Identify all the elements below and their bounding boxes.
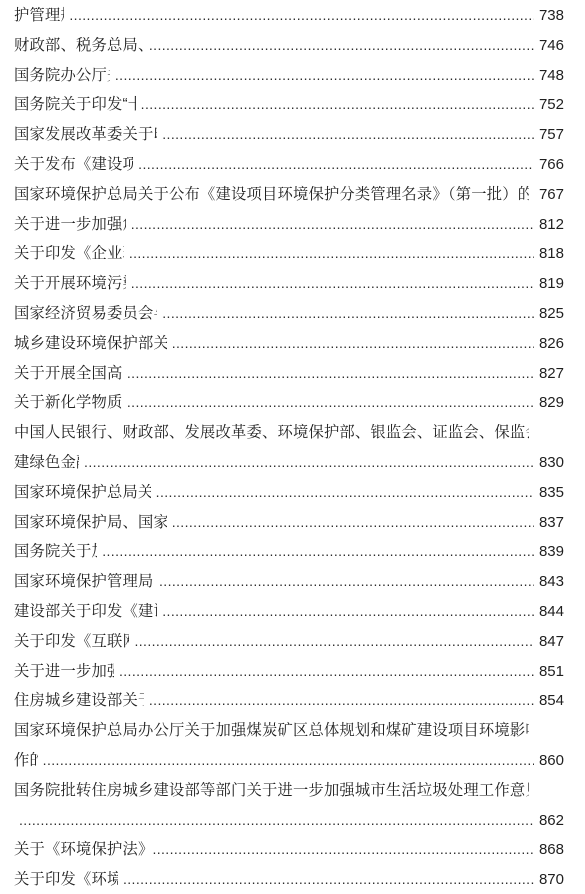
dot-leader: ........................................… bbox=[69, 1, 534, 31]
entry-title: 关于印发《互联网危险物品信息发布管理规定》的通知 bbox=[14, 627, 129, 657]
toc-entry-23: 国家环境保护总局办公厅关于加强煤炭矿区总体规划和煤矿建设项目环境影响评价工 bbox=[14, 716, 564, 746]
dot-leader: ........................................… bbox=[127, 388, 534, 418]
dot-leader: ........................................… bbox=[43, 746, 534, 776]
toc-entry-24: ........................................… bbox=[14, 806, 564, 836]
entry-title: 国家发展改革委关于印发《温室气体自愿减排交易管理暂行办法》的通知 bbox=[14, 120, 157, 150]
toc-entry-15: 国家环境保护总局关于加强限制进口类废物审批管理有关问题的通知 .........… bbox=[14, 478, 564, 508]
dot-leader: ........................................… bbox=[138, 150, 534, 180]
page-number: 868 bbox=[538, 835, 564, 865]
toc-entry-13: 关于新化学物质环境管理登记有关衔接事项的通知 .................… bbox=[14, 388, 564, 418]
page-number: 752 bbox=[538, 90, 564, 120]
page-number: 738 bbox=[538, 1, 564, 31]
dot-leader: ........................................… bbox=[172, 329, 534, 359]
toc-entry-25: 关于《环境保护法》（2014 修订）第六十一条适用有关问题的复函 .......… bbox=[14, 835, 564, 865]
page-number: 843 bbox=[538, 567, 564, 597]
entry-title: 关于开展全国高尔夫球场综合清理整治工作的通知 bbox=[14, 359, 122, 389]
entry-title: 关于进一步加强水电建设环境保护工作的通知 bbox=[14, 657, 114, 687]
entry-title: 城乡建设环境保护部关于房屋所有权登记发证工作中对违章建筑处理的原则意见 bbox=[14, 329, 167, 359]
page-number: 835 bbox=[538, 478, 564, 508]
page-number: 766 bbox=[538, 150, 564, 180]
entry-title: 国家环境保护总局办公厅关于加强煤炭矿区总体规划和煤矿建设项目环境影响评价工 bbox=[14, 716, 529, 746]
page-number: 826 bbox=[538, 329, 564, 359]
dot-leader: ........................................… bbox=[156, 478, 534, 508]
toc-entry-20: 关于印发《互联网危险物品信息发布管理规定》的通知 ...............… bbox=[14, 627, 564, 657]
page-number: 827 bbox=[538, 359, 564, 389]
dot-leader: ........................................… bbox=[172, 508, 534, 538]
dot-leader: ........................................… bbox=[162, 299, 534, 329]
toc-entry-21: 关于进一步加强水电建设环境保护工作的通知 ...................… bbox=[14, 657, 564, 687]
toc-entry-1: 财政部、税务总局、生态环境部关于环境保护税有关问题的通知 ...........… bbox=[14, 31, 564, 61]
toc-entry-0: 护管理规定》的公告 ..............................… bbox=[14, 1, 564, 31]
toc-entry-16: 国家环境保护局、国家工商行政管理局关加强饮食娱乐服务企业环境管理的通知 ....… bbox=[14, 508, 564, 538]
toc-entry-14: 中国人民银行、财政部、发展改革委、环境保护部、银监会、证监会、保监会关于构 bbox=[14, 418, 564, 448]
toc-entry-3: 国务院关于印发“十二五”控制温室气体排放工作方案的通知 ............… bbox=[14, 90, 564, 120]
dot-leader: ........................................… bbox=[149, 686, 534, 716]
dot-leader: ........................................… bbox=[102, 537, 534, 567]
dot-leader: ........................................… bbox=[159, 567, 534, 597]
entry-title: 国家环境保护管理局关于水污染物排放许可证管理法律适用问题的复函 bbox=[14, 567, 154, 597]
page-number: 812 bbox=[538, 210, 564, 240]
toc-entry-9: 关于开展环境污染强制责任保险试点工作的指导意见 ................… bbox=[14, 269, 564, 299]
entry-title: 关于发布《建设项目竣工环境保护验收暂行办法》的公告 bbox=[14, 150, 133, 180]
entry-title: 护管理规定》的公告 bbox=[14, 1, 64, 31]
dot-leader: ........................................… bbox=[149, 31, 534, 61]
entry-title: 国务院关于加强城市绿化建设的通知 bbox=[14, 537, 97, 567]
toc-entry-24: 国务院批转住房城乡建设部等部门关于进一步加强城市生活垃圾处理工作意见的通知 bbox=[14, 776, 564, 806]
page-number: 818 bbox=[538, 239, 564, 269]
page-number: 830 bbox=[538, 448, 564, 478]
toc-entry-26: 关于印发《环境行政处罚听证程序规定》的通知 ..................… bbox=[14, 865, 564, 894]
dot-leader: ........................................… bbox=[115, 61, 534, 91]
page-number: 854 bbox=[538, 686, 564, 716]
dot-leader: ........................................… bbox=[162, 597, 534, 627]
entry-title: 建绿色金融体系的指导意见 bbox=[14, 448, 79, 478]
page-number: 870 bbox=[538, 865, 564, 894]
entry-title: 国务院办公厅关于加强环境监管执法的通知 bbox=[14, 61, 110, 91]
toc-entry-22: 住房城乡建设部关于促进城市园林绿化事业健康发展的指导意见 ...........… bbox=[14, 686, 564, 716]
entry-title: 财政部、税务总局、生态环境部关于环境保护税有关问题的通知 bbox=[14, 31, 144, 61]
toc-entry-12: 关于开展全国高尔夫球场综合清理整治工作的通知 .................… bbox=[14, 359, 564, 389]
toc-entry-10: 国家经济贸易委员会与综合利用司关于调整汽车报废标准若干规定的通知 .......… bbox=[14, 299, 564, 329]
page-number: 839 bbox=[538, 537, 564, 567]
toc-entry-2: 国务院办公厅关于加强环境监管执法的通知 ....................… bbox=[14, 61, 564, 91]
entry-title: 住房城乡建设部关于促进城市园林绿化事业健康发展的指导意见 bbox=[14, 686, 144, 716]
page-number: 746 bbox=[538, 31, 564, 61]
entry-title: 关于进一步加强危险废物和医疗废物监管工作的意见 bbox=[14, 210, 126, 240]
toc-entry-11: 城乡建设环境保护部关于房屋所有权登记发证工作中对违章建筑处理的原则意见 ....… bbox=[14, 329, 564, 359]
entry-title: 关于印发《环境行政处罚听证程序规定》的通知 bbox=[14, 865, 118, 894]
toc-entry-5: 关于发布《建设项目竣工环境保护验收暂行办法》的公告 ..............… bbox=[14, 150, 564, 180]
dot-leader: ........................................… bbox=[162, 120, 534, 150]
page-number: 748 bbox=[538, 61, 564, 91]
entry-title: 建设部关于印发《建设部园林绿化企业资质申报和审批工作规程》的通知 bbox=[14, 597, 157, 627]
entry-title: 国家环境保护总局关于加强限制进口类废物审批管理有关问题的通知 bbox=[14, 478, 151, 508]
page-number: 757 bbox=[538, 120, 564, 150]
page-number: 844 bbox=[538, 597, 564, 627]
page-number: 851 bbox=[538, 657, 564, 687]
toc-entry-8: 关于印发《企业环境信用评价办法（试行）》的通知 ................… bbox=[14, 239, 564, 269]
toc-page: 护管理规定》的公告 ..............................… bbox=[0, 0, 585, 894]
dot-leader: ........................................… bbox=[129, 239, 534, 269]
dot-leader: ........................................… bbox=[123, 865, 534, 894]
page-number: 862 bbox=[538, 806, 564, 836]
toc-entry-4: 国家发展改革委关于印发《温室气体自愿减排交易管理暂行办法》的通知 .......… bbox=[14, 120, 564, 150]
toc-entry-17: 国务院关于加强城市绿化建设的通知 .......................… bbox=[14, 537, 564, 567]
dot-leader: ........................................… bbox=[131, 269, 534, 299]
toc-entry-7: 关于进一步加强危险废物和医疗废物监管工作的意见 ................… bbox=[14, 210, 564, 240]
page-number: 847 bbox=[538, 627, 564, 657]
entry-title: 国家环境保护局、国家工商行政管理局关加强饮食娱乐服务企业环境管理的通知 bbox=[14, 508, 167, 538]
page-number: 825 bbox=[538, 299, 564, 329]
dot-leader: ........................................… bbox=[127, 359, 534, 389]
toc-entry-14: 建绿色金融体系的指导意见 ...........................… bbox=[14, 448, 564, 478]
toc-entry-list: 护管理规定》的公告 ..............................… bbox=[14, 1, 564, 894]
entry-title: 国家环境保护总局关于公布《建设项目环境保护分类管理名录》（第一批）的通知 bbox=[14, 180, 529, 210]
entry-title: 国务院批转住房城乡建设部等部门关于进一步加强城市生活垃圾处理工作意见的通知 bbox=[14, 776, 529, 806]
entry-title: 中国人民银行、财政部、发展改革委、环境保护部、银监会、证监会、保监会关于构 bbox=[14, 418, 529, 448]
dot-leader: ........................................… bbox=[119, 657, 534, 687]
page-number: 860 bbox=[538, 746, 564, 776]
entry-title: 关于新化学物质环境管理登记有关衔接事项的通知 bbox=[14, 388, 122, 418]
entry-title: 关于印发《企业环境信用评价办法（试行）》的通知 bbox=[14, 239, 124, 269]
dot-leader: ........................................… bbox=[141, 90, 534, 120]
entry-title: 作的通知 bbox=[14, 746, 38, 776]
dot-leader: ........................................… bbox=[19, 806, 534, 836]
entry-title: 关于开展环境污染强制责任保险试点工作的指导意见 bbox=[14, 269, 126, 299]
page-number: 819 bbox=[538, 269, 564, 299]
dot-leader: ........................................… bbox=[134, 627, 534, 657]
toc-entry-19: 建设部关于印发《建设部园林绿化企业资质申报和审批工作规程》的通知 .......… bbox=[14, 597, 564, 627]
page-number: 829 bbox=[538, 388, 564, 418]
page-number: 837 bbox=[538, 508, 564, 538]
dot-leader: ........................................… bbox=[84, 448, 534, 478]
dot-leader: ........................................… bbox=[152, 835, 534, 865]
page-number: 767 bbox=[538, 180, 564, 210]
toc-entry-23: 作的通知 ...................................… bbox=[14, 746, 564, 776]
entry-title: 关于《环境保护法》（2014 修订）第六十一条适用有关问题的复函 bbox=[14, 835, 147, 865]
toc-entry-18: 国家环境保护管理局关于水污染物排放许可证管理法律适用问题的复函 ........… bbox=[14, 567, 564, 597]
entry-title: 国务院关于印发“十二五”控制温室气体排放工作方案的通知 bbox=[14, 90, 136, 120]
toc-entry-6: 国家环境保护总局关于公布《建设项目环境保护分类管理名录》（第一批）的通知 767 bbox=[14, 180, 564, 210]
entry-title: 国家经济贸易委员会与综合利用司关于调整汽车报废标准若干规定的通知 bbox=[14, 299, 157, 329]
dot-leader: ........................................… bbox=[131, 210, 534, 240]
